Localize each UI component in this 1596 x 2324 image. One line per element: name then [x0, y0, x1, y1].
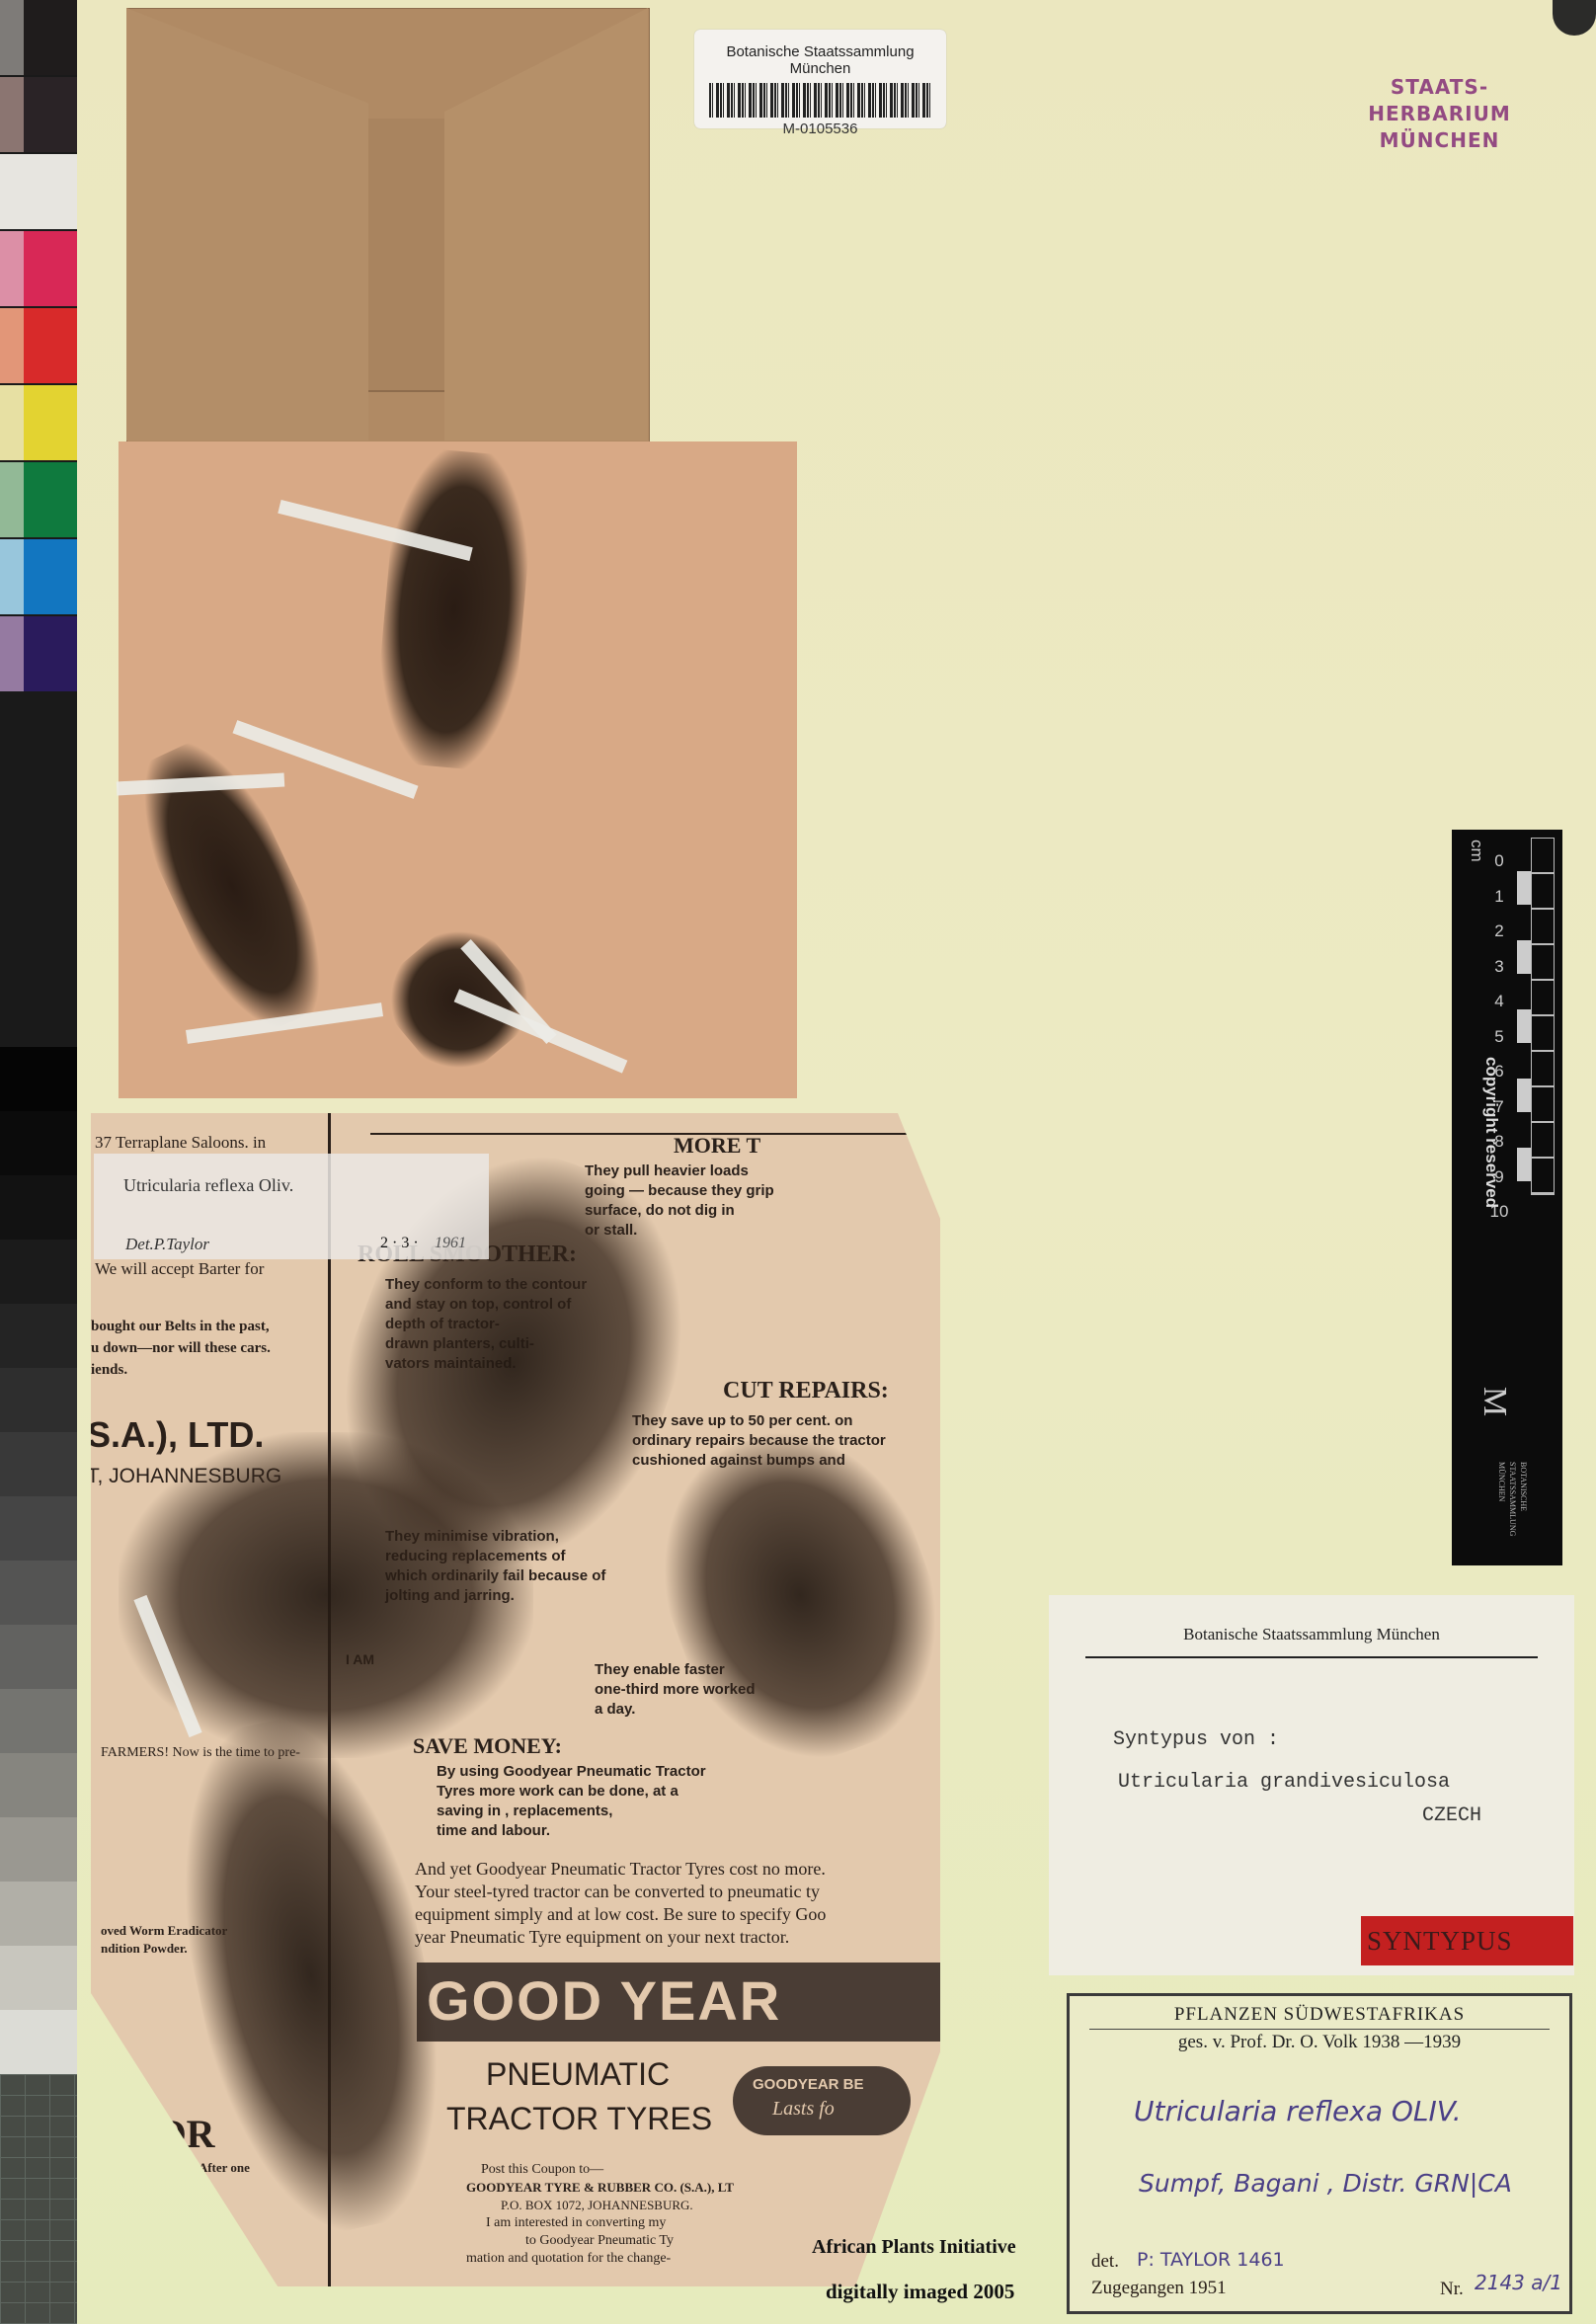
scale-unit: cm	[1467, 840, 1486, 869]
color-patch	[24, 616, 77, 691]
institution-logo-icon: M	[1476, 1387, 1513, 1416]
syntype-line: Syntypus von :	[1113, 1728, 1279, 1751]
newspaper-body-line: And yet Goodyear Pneumatic Tractor Tyres…	[415, 1859, 826, 1880]
received-line: Zugegangen 1951	[1091, 2278, 1227, 2299]
coupon-line: P.O. BOX 1072, JOHANNESBURG.	[501, 2198, 693, 2213]
color-patch	[0, 385, 24, 460]
color-patch	[24, 539, 77, 614]
number-label: Nr.	[1440, 2279, 1464, 2300]
coupon-line: I am interested in converting my	[486, 2215, 666, 2231]
color-patch	[24, 0, 77, 75]
grayscale-patch	[0, 2010, 77, 2074]
ad-line: By using Goodyear Pneumatic Tractor	[437, 1763, 706, 1780]
specimen-board	[119, 441, 797, 1098]
goodyear-banner: GOOD YEAR	[417, 1963, 940, 2042]
locality-handwritten: Sumpf, Bagani , Distr. GRN|CA	[1139, 2169, 1512, 2198]
color-patch	[0, 77, 24, 152]
grayscale-patch	[0, 1817, 77, 1882]
newspaper-body-line: year Pneumatic Tyre equipment on your ne…	[415, 1927, 789, 1948]
color-patch	[0, 154, 24, 229]
det-taxon: Utricularia reflexa Oliv.	[123, 1175, 293, 1196]
scale-institution-line: STAATSSAMMLUNG	[1507, 1462, 1518, 1600]
scale-bar: cm 0 1 2 3 4 5 6 7 8 9 10 copyright rese…	[1452, 830, 1562, 1565]
barcode-institution: Botanische Staatssammlung München	[694, 43, 946, 77]
belt-illustration: GOODYEAR BE Lasts fo	[733, 2066, 911, 2135]
grayscale-patch	[0, 1432, 77, 1496]
title-rule	[1089, 2029, 1550, 2030]
specimen-fragment	[371, 446, 536, 773]
scale-tick: 4	[1489, 984, 1509, 1019]
grayscale-patch	[0, 1047, 77, 1111]
newspaper-line: We will accept Barter for	[95, 1259, 264, 1279]
coupon-line: GOODYEAR TYRE & RUBBER CO. (S.A.), LT	[466, 2180, 734, 2196]
collector-line: ges. v. Prof. Dr. O. Volk 1938 —1939	[1070, 2032, 1569, 2053]
barcode-icon	[709, 83, 931, 118]
scale-alternating	[1517, 871, 1531, 1193]
newspaper-body-line: equipment simply and at low cost. Be sur…	[415, 1904, 826, 1925]
syntype-author: CZECH	[1422, 1804, 1481, 1827]
specimen-fragment	[116, 727, 349, 1046]
grayscale-patch	[0, 1304, 77, 1368]
ad-line: saving in , replacements,	[437, 1803, 612, 1819]
scale-institution-line: MÜNCHEN	[1496, 1462, 1507, 1600]
color-patch	[24, 308, 77, 383]
det-year: 1961	[435, 1235, 466, 1252]
grayscale-patch	[0, 1240, 77, 1304]
newspaper-line: u down—nor will these cars.	[91, 1340, 271, 1357]
ad-line: a day.	[595, 1701, 635, 1718]
determination-slip: Utricularia reflexa Oliv. Det.P.Taylor 2…	[94, 1154, 489, 1259]
ad-line: time and labour.	[437, 1822, 550, 1839]
scale-copyright: copyright reserved	[1481, 1057, 1501, 1254]
number-handwritten: 2143 a/1	[1475, 2271, 1562, 2294]
stamp-line: STAATS-	[1353, 74, 1526, 101]
grayscale-patch	[0, 1111, 77, 1175]
belt-text: GOODYEAR BE	[753, 2076, 864, 2093]
collection-label: PFLANZEN SÜDWESTAFRIKAS ges. v. Prof. Dr…	[1067, 1993, 1572, 2314]
grayscale-patch	[0, 1946, 77, 2010]
grayscale-patch	[0, 1753, 77, 1817]
grayscale-patch	[0, 1882, 77, 1946]
scale-tick: 1	[1489, 879, 1509, 915]
color-patch	[0, 308, 24, 383]
newspaper-line: 37 Terraplane Saloons. in	[95, 1133, 266, 1153]
grayscale-patch	[0, 1689, 77, 1753]
ad-subtitle: TRACTOR TYRES	[446, 2101, 712, 2137]
header-rule	[1085, 1656, 1538, 1658]
grayscale-patch	[0, 1561, 77, 1625]
newspaper-line: iends.	[91, 1362, 127, 1379]
scale-tick: 0	[1489, 843, 1509, 879]
scale-tick: 3	[1489, 949, 1509, 985]
envelope-center-panel	[368, 119, 444, 392]
coupon-line: to Goodyear Pneumatic Ty	[525, 2233, 674, 2249]
newspaper-body-line: Your steel-tyred tractor can be converte…	[415, 1882, 820, 1902]
det-date: 2 · 3 ·	[380, 1235, 419, 1252]
scale-ruler	[1531, 838, 1555, 1195]
color-patch	[0, 539, 24, 614]
stamp-line: HERBARIUM	[1353, 101, 1526, 127]
grayscale-patch	[0, 1496, 77, 1561]
newspaper-line: bought our Belts in the past,	[91, 1319, 270, 1335]
grayscale-patch	[0, 1368, 77, 1432]
color-calibration-chart	[0, 0, 77, 2324]
grayscale-patch	[0, 1625, 77, 1689]
grayscale-patch	[0, 1175, 77, 1240]
newspaper-line: ndition Powder.	[101, 1941, 188, 1957]
syntypus-badge: SYNTYPUS	[1361, 1916, 1573, 1965]
color-patch	[0, 231, 24, 306]
imaging-initiative: African Plants Initiative	[812, 2236, 1016, 2259]
scale-tick: 5	[1489, 1019, 1509, 1055]
color-patch	[24, 154, 77, 229]
goodyear-logo: GOOD YEAR	[427, 1968, 781, 2033]
stamp-line: MÜNCHEN	[1353, 127, 1526, 154]
imaging-date: digitally imaged 2005	[826, 2280, 1014, 2304]
color-patch	[24, 231, 77, 306]
belt-script: Lasts fo	[772, 2098, 835, 2121]
det-determiner: Det.P.Taylor	[125, 1235, 209, 1254]
color-patch	[24, 77, 77, 152]
catalog-number: M-0105536	[694, 120, 946, 137]
det-handwritten: P: TAYLOR 1461	[1137, 2249, 1285, 2271]
ad-line: Tyres more work can be done, at a	[437, 1783, 678, 1800]
coupon-line: mation and quotation for the change-	[466, 2251, 671, 2267]
collection-title: PFLANZEN SÜDWESTAFRIKAS	[1070, 2004, 1569, 2026]
cutting-mat-grid	[0, 2074, 77, 2324]
coupon-line: Post this Coupon to—	[481, 2162, 603, 2178]
scale-institution: BOTANISCHE STAATSSAMMLUNG MÜNCHEN	[1496, 1462, 1529, 1600]
det-label: det.	[1091, 2251, 1119, 2273]
taxon-handwritten: Utricularia reflexa OLIV.	[1134, 2095, 1462, 2127]
scale-tick: 2	[1489, 914, 1509, 949]
color-patch	[0, 462, 24, 537]
barcode-label: Botanische Staatssammlung München M-0105…	[694, 30, 946, 128]
ad-subtitle: PNEUMATIC	[486, 2056, 670, 2093]
herbarium-stamp: STAATS- HERBARIUM MÜNCHEN	[1353, 74, 1526, 154]
color-patch	[24, 462, 77, 537]
syntype-header: Botanische Staatssammlung München	[1049, 1625, 1574, 1644]
ad-headline: MORE T	[674, 1133, 760, 1159]
syntype-taxon: Utricularia grandivesiculosa	[1118, 1771, 1450, 1794]
color-patch	[0, 616, 24, 691]
color-patch	[24, 385, 77, 460]
scale-institution-line: BOTANISCHE	[1518, 1462, 1529, 1600]
color-patch	[0, 0, 24, 75]
